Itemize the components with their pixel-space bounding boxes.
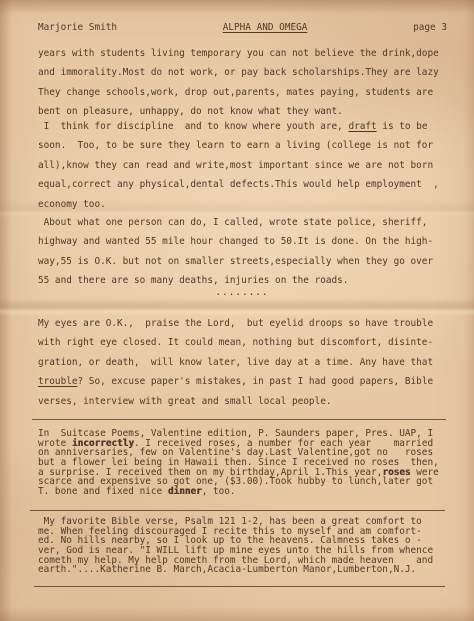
text-line: About what one person can do, I called, …: [38, 213, 454, 232]
text-line: way,55 is O.K. but not on smaller street…: [38, 252, 454, 271]
paragraph-bible-verse: My favorite Bible verse, Psalm 121 1-2, …: [38, 517, 454, 575]
text-line: years with students living temporary you…: [38, 44, 454, 63]
paragraph-discipline: I think for discipline and to know where…: [38, 117, 454, 214]
page-number: page 3: [413, 22, 447, 33]
text-line: earth."....Katherine B. March,Acacia-Lum…: [38, 565, 454, 575]
text-line: verses, interview with great and small l…: [38, 392, 454, 411]
paragraph-suitcase-poems: In Suitcase Poems, Valentine edition, P.…: [38, 429, 454, 497]
text-line: trouble? So, excuse paper's mistakes, in…: [38, 372, 454, 391]
text-line: equal,correct any physical,dental defect…: [38, 175, 454, 194]
text-line: T. bone and fixed nice dinner, too.: [38, 487, 454, 497]
text-line: soon. Too, to be sure they learn to earn…: [38, 136, 454, 155]
text-line: and immorality.Most do not work, or pay …: [38, 63, 454, 82]
divider-rule-top: [32, 419, 446, 420]
paragraph-students: years with students living temporary you…: [38, 44, 454, 122]
divider-rule-bottom: [34, 586, 445, 587]
text-line: I think for discipline and to know where…: [38, 117, 454, 136]
text-line: all),know they can read and write,most i…: [38, 156, 454, 175]
text-line: with right eye closed. It could mean, no…: [38, 333, 454, 352]
text-line: They change schools,work, drop out,paren…: [38, 83, 454, 102]
scanned-letter-page: Marjorie Smith ALPHA AND OMEGA page 3 ye…: [0, 0, 474, 621]
text-line: highway and wanted 55 mile hour changed …: [38, 232, 454, 251]
paragraph-eyes: My eyes are O.K., praise the Lord, but e…: [38, 314, 454, 411]
page-title: ALPHA AND OMEGA: [223, 22, 308, 33]
text-line: My eyes are O.K., praise the Lord, but e…: [38, 314, 454, 333]
divider-rule-middle: [30, 510, 445, 511]
author-name: Marjorie Smith: [38, 22, 117, 33]
text-line: economy too.: [38, 195, 454, 214]
dots-separator: ........: [38, 287, 446, 298]
paragraph-speed-limit: About what one person can do, I called, …: [38, 213, 454, 291]
text-line: gration, or death, will know later, live…: [38, 353, 454, 372]
page-header: Marjorie Smith ALPHA AND OMEGA page 3: [38, 22, 447, 33]
